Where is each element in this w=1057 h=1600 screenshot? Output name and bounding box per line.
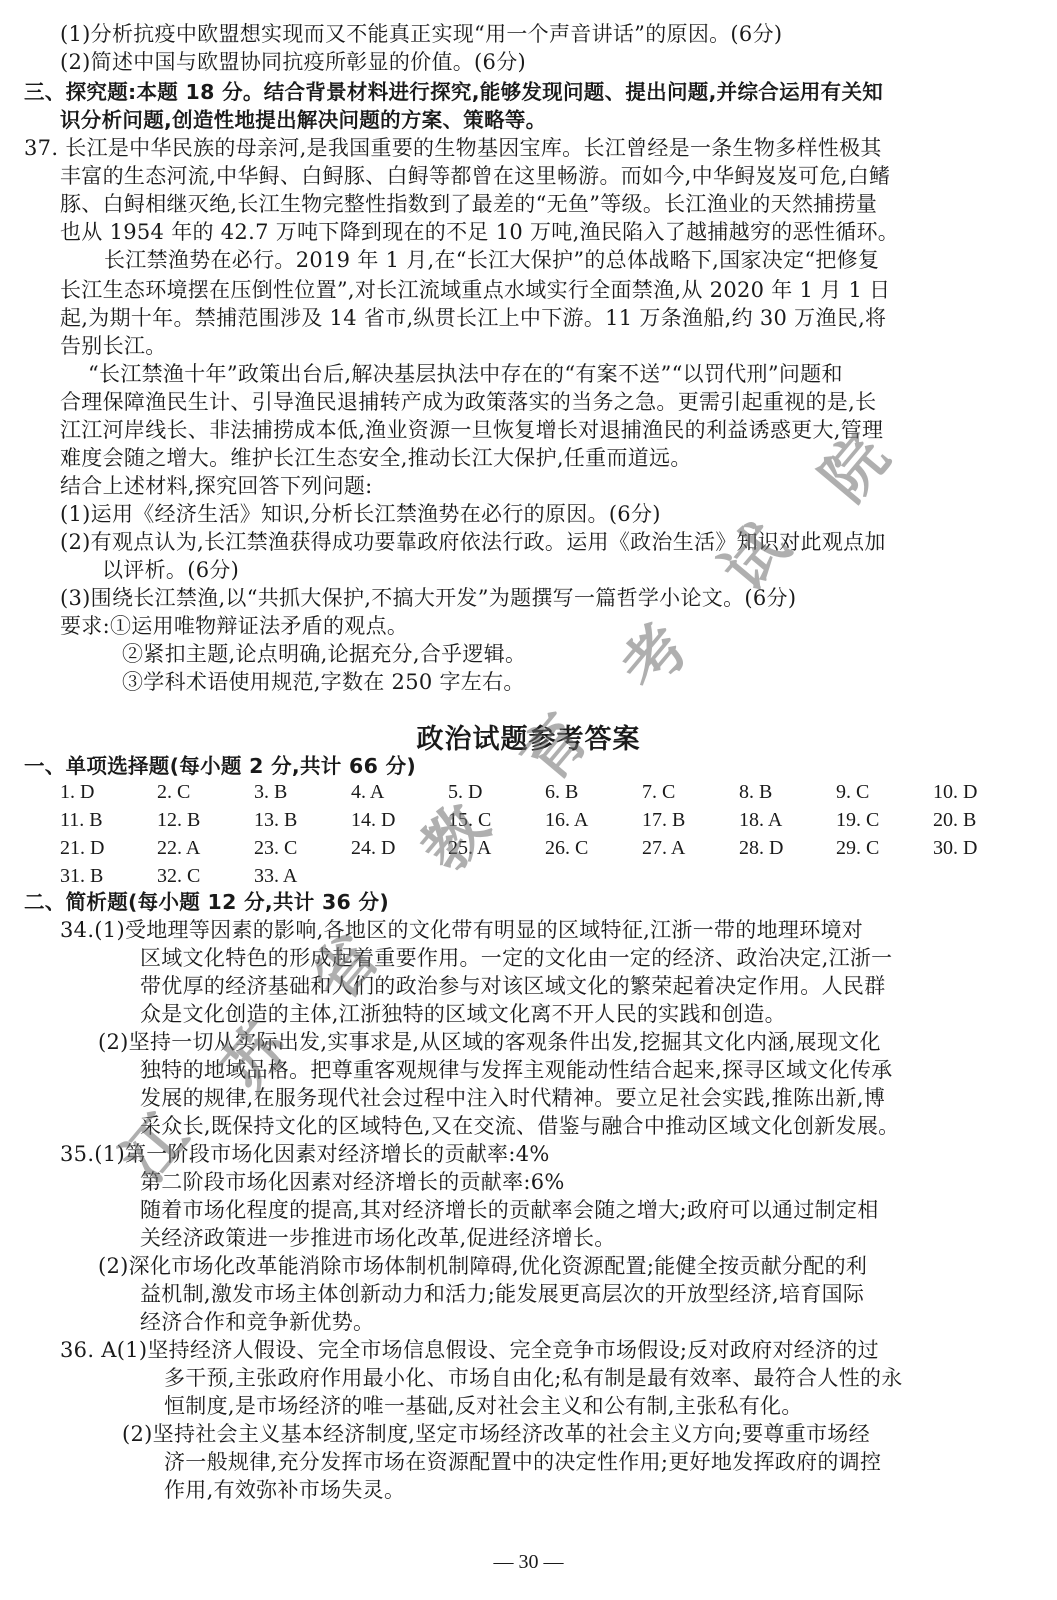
answer-cell: 12. B (157, 806, 200, 834)
q37-line: 长江生态环境摆在压倒性位置”,对长江流域重点水域实行全面禁渔,从 2020 年 … (60, 276, 890, 304)
answer-cell: 16. A (545, 806, 588, 834)
document-page: (1)分析抗疫中欧盟想实现而又不能真正实现“用一个声音讲话”的原因。(6分) (… (0, 0, 1057, 1600)
q37-line: 起,为期十年。禁捕范围涉及 14 省市,纵贯长江上中下游。11 万条渔船,约 3… (60, 304, 886, 332)
answer-cell: 33. A (254, 862, 297, 890)
q37-line: 37. 长江是中华民族的母亲河,是我国重要的生物基因宝库。长江曾经是一条生物多样… (24, 134, 882, 162)
answer-line: 作用,有效弥补市场失灵。 (164, 1476, 405, 1504)
q37-sub2-cont: 以评析。(6分) (102, 556, 239, 584)
answer-cell: 10. D (933, 778, 977, 806)
q37-line: 告别长江。 (60, 332, 167, 360)
q37-line: 难度会随之增大。维护长江生态安全,推动长江大保护,任重而道远。 (60, 444, 692, 472)
answer-line: 发展的规律,在服务现代社会过程中注入时代精神。要立足社会实践,推陈出新,博 (140, 1084, 885, 1112)
section3-heading-line2: 识分析问题,创造性地提出解决问题的方案、策略等。 (60, 106, 547, 134)
watermark-char: 考 (597, 602, 705, 707)
answer-cell: 20. B (933, 806, 976, 834)
answer-34-1: 34.(1)受地理等因素的影响,各地区的文化带有明显的区域特征,江浙一带的地理环… (60, 916, 863, 944)
section3-heading-line1: 三、探究题:本题 18 分。结合背景材料进行探究,能够发现问题、提出问题,并综合… (24, 78, 883, 106)
answer-line: 多干预,主张政府作用最小化、市场自由化;私有制是最有效率、最符合人性的永 (164, 1364, 903, 1392)
answer-cell: 9. C (836, 778, 869, 806)
answer-line: 益机制,激发市场主体创新动力和活力;能发展更高层次的开放型经济,培育国际 (140, 1280, 864, 1308)
answer-cell: 22. A (157, 834, 200, 862)
answer-35-1: 35.(1)第一阶段市场化因素对经济增长的贡献率:4% (60, 1140, 550, 1168)
answer-cell: 5. D (448, 778, 482, 806)
answer-cell: 14. D (351, 806, 395, 834)
answer-cell: 17. B (642, 806, 685, 834)
answer-cell: 24. D (351, 834, 395, 862)
page-number: — 30 — (0, 1548, 1057, 1576)
answer-cell: 28. D (739, 834, 783, 862)
answer-cell: 23. C (254, 834, 297, 862)
q37-line: “长江禁渔十年”政策出台后,解决基层执法中存在的“有案不送”“以罚代刑”问题和 (88, 360, 843, 388)
answer-line: 第二阶段市场化因素对经济增长的贡献率:6% (140, 1168, 565, 1196)
q37-requirement: ③学科术语使用规范,字数在 250 字左右。 (122, 668, 525, 696)
answer-line: 济一般规律,充分发挥市场在资源配置中的决定性作用;更好地发挥政府的调控 (164, 1448, 881, 1476)
answer-cell: 7. C (642, 778, 675, 806)
answer-cell: 6. B (545, 778, 578, 806)
q37-sub2: (2)有观点认为,长江禁渔获得成功要靠政府依法行政。运用《政治生活》知识对此观点… (60, 528, 886, 556)
answer-cell: 31. B (60, 862, 103, 890)
answer-cell: 8. B (739, 778, 772, 806)
q37-line: 江江河岸线长、非法捕捞成本低,渔业资源一旦恢复增长对退捕渔民的利益诱惑更大,管理 (60, 416, 883, 444)
answer-36-2: (2)坚持社会主义基本经济制度,坚定市场经济改革的社会主义方向;要尊重市场经 (122, 1420, 870, 1448)
answer-line: 带优厚的经济基础和人们的政治参与对该区域文化的繁荣起着决定作用。人民群 (140, 972, 886, 1000)
answer-cell: 1. D (60, 778, 94, 806)
answer-cell: 3. B (254, 778, 287, 806)
answer-line: 采众长,既保持文化的区域特色,又在交流、借鉴与融合中推动区域文化创新发展。 (140, 1112, 899, 1140)
q37-requirement: ②紧扣主题,论点明确,论据充分,合乎逻辑。 (122, 640, 526, 668)
answer-cell: 32. C (157, 862, 200, 890)
q37-prompt: 结合上述材料,探究回答下列问题: (60, 472, 373, 500)
q37-line: 也从 1954 年的 42.7 万吨下降到现在的不足 10 万吨,渔民陷入了越捕… (60, 218, 899, 246)
answer-line: 经济合作和竞争新优势。 (140, 1308, 374, 1336)
answer-35-2: (2)深化市场化改革能消除市场体制机制障碍,优化资源配置;能健全按贡献分配的利 (98, 1252, 867, 1280)
answer-line: 恒制度,是市场经济的唯一基础,反对社会主义和公有制,主张私有化。 (164, 1392, 803, 1420)
answer-cell: 11. B (60, 806, 103, 834)
answer-cell: 25. A (448, 834, 491, 862)
answer-cell: 13. B (254, 806, 297, 834)
answer-cell: 4. A (351, 778, 384, 806)
section1-heading: 一、单项选择题(每小题 2 分,共计 66 分) (24, 752, 416, 780)
q37-line: 合理保障渔民生计、引导渔民退捕转产成为政策落实的当务之急。更需引起重视的是,长 (60, 388, 876, 416)
answer-cell: 15. C (448, 806, 491, 834)
answer-cell: 2. C (157, 778, 190, 806)
answer-line: 区域文化特色的形成起着重要作用。一定的文化由一定的经济、政治决定,江浙一 (140, 944, 892, 972)
q37-line: 丰富的生态河流,中华鲟、白鲟豚、白鲟等都曾在这里畅游。而如今,中华鲟岌岌可危,白… (60, 162, 890, 190)
q37-sub3: (3)围绕长江禁渔,以“共抓大保护,不搞大开发”为题撰写一篇哲学小论文。(6分) (60, 584, 796, 612)
answer-cell: 18. A (739, 806, 782, 834)
answer-line: 关经济政策进一步推进市场化改革,促进经济增长。 (140, 1224, 616, 1252)
answer-36-1: 36. A(1)坚持经济人假设、完全市场信息假设、完全竞争市场假设;反对政府对经… (60, 1336, 879, 1364)
answer-cell: 27. A (642, 834, 685, 862)
q37-line: 豚、白鲟相继灭绝,长江生物完整性指数到了最差的“无鱼”等级。长江渔业的天然捕捞量 (60, 190, 877, 218)
answer-cell: 19. C (836, 806, 879, 834)
q36-sub1: (1)分析抗疫中欧盟想实现而又不能真正实现“用一个声音讲话”的原因。(6分) (60, 20, 782, 48)
answer-line: 众是文化创造的主体,江浙独特的区域文化离不开人民的实践和创造。 (140, 1000, 786, 1028)
section2-heading: 二、简析题(每小题 12 分,共计 36 分) (24, 888, 389, 916)
answer-line: 随着市场化程度的提高,其对经济增长的贡献率会随之增大;政府可以通过制定相 (140, 1196, 879, 1224)
answer-cell: 30. D (933, 834, 977, 862)
answer-34-2: (2)坚持一切从实际出发,实事求是,从区域的客观条件出发,挖掘其文化内涵,展现文… (98, 1028, 881, 1056)
answer-cell: 29. C (836, 834, 879, 862)
q36-sub2: (2)简述中国与欧盟协同抗疫所彰显的价值。(6分) (60, 48, 526, 76)
q37-line: 长江禁渔势在必行。2019 年 1 月,在“长江大保护”的总体战略下,国家决定“… (104, 246, 879, 274)
q37-sub1: (1)运用《经济生活》知识,分析长江禁渔势在必行的原因。(6分) (60, 500, 661, 528)
answer-cell: 21. D (60, 834, 104, 862)
q37-requirement: 要求:①运用唯物辩证法矛盾的观点。 (60, 612, 408, 640)
answer-cell: 26. C (545, 834, 588, 862)
answer-line: 独特的地域品格。把尊重客观规律与发挥主观能动性结合起来,探寻区域文化传承 (140, 1056, 892, 1084)
